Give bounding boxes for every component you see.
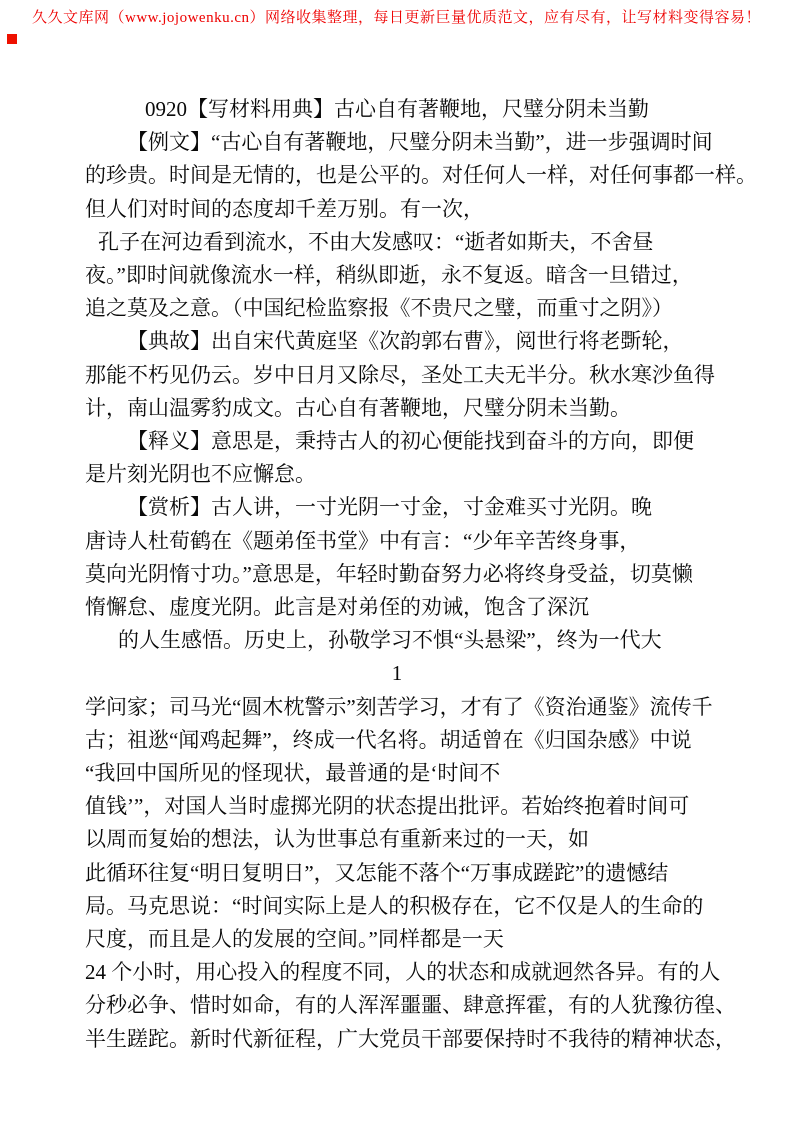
- text-line: 分秒必争、惜时如命，有的人浑浑噩噩、肆意挥霍，有的人犹豫彷徨、: [85, 989, 709, 1022]
- text-line: 尺度，而且是人的发展的空间。”同样都是一天: [85, 923, 709, 956]
- red-marker: [7, 34, 17, 44]
- text-line: 的人生感悟。历史上，孙敬学习不惧“头悬梁”，终为一代大: [85, 624, 709, 657]
- text-line: 以周而复始的想法，认为世事总有重新来过的一天，如: [85, 823, 709, 856]
- text-line: 但人们对时间的态度却千差万别。有一次，: [85, 193, 709, 226]
- text-line: 24 个小时，用心投入的程度不同，人的状态和成就迥然各异。有的人: [85, 956, 709, 989]
- document-page: 0920【写材料用典】古心自有著鞭地，尺璧分阴未当勤 【例文】“古心自有著鞭地，…: [85, 93, 709, 1056]
- site-watermark-banner: 久久文库网（www.jojowenku.cn）网络收集整理，每日更新巨量优质范文…: [0, 6, 793, 27]
- text-line: 惰懈怠、虚度光阴。此言是对弟侄的劝诫，饱含了深沉: [85, 591, 709, 624]
- text-line: 【释义】意思是，秉持古人的初心便能找到奋斗的方向，即便: [85, 425, 709, 458]
- text-line: 孔子在河边看到流水，不由大发感叹：“逝者如斯夫，不舍昼: [85, 226, 709, 259]
- document-title: 0920【写材料用典】古心自有著鞭地，尺璧分阴未当勤: [85, 93, 709, 126]
- text-line: 夜。”即时间就像流水一样，稍纵即逝，永不复返。暗含一旦错过，: [85, 259, 709, 292]
- text-line: 半生蹉跎。新时代新征程，广大党员干部要保持时不我待的精神状态，: [85, 1023, 709, 1056]
- text-line: 唐诗人杜荀鹤在《题弟侄书堂》中有言：“少年辛苦终身事，: [85, 525, 709, 558]
- text-line: 古；祖逖“闻鸡起舞”，终成一代名将。胡适曾在《归国杂感》中说: [85, 724, 709, 757]
- text-line: 此循环往复“明日复明日”，又怎能不落个“万事成蹉跎”的遗憾结: [85, 857, 709, 890]
- text-line: 【典故】出自宋代黄庭坚《次韵郭右曹》，阅世行将老斲轮，: [85, 325, 709, 358]
- text-line: 【例文】“古心自有著鞭地，尺璧分阴未当勤”，进一步强调时间: [85, 126, 709, 159]
- text-line: 追之莫及之意。（中国纪检监察报《不贵尺之璧，而重寸之阴》）: [85, 292, 709, 325]
- text-line: 计，南山温雾豹成文。古心自有著鞭地，尺璧分阴未当勤。: [85, 392, 709, 425]
- text-line: 学问家；司马光“圆木枕警示”刻苦学习，才有了《资治通鉴》流传千: [85, 691, 709, 724]
- text-line: 【赏析】古人讲，一寸光阴一寸金，寸金难买寸光阴。晚: [85, 491, 709, 524]
- text-line: 那能不朽见仍云。岁中日月又除尽，圣处工夫无半分。秋水寒沙鱼得: [85, 359, 709, 392]
- text-line: 局。马克思说：“时间实际上是人的积极存在，它不仅是人的生命的: [85, 890, 709, 923]
- text-line: 的珍贵。时间是无情的，也是公平的。对任何人一样，对任何事都一样。: [85, 159, 709, 192]
- text-line: 值钱’”，对国人当时虚掷光阴的状态提出批评。若始终抱着时间可: [85, 790, 709, 823]
- document-body: 【例文】“古心自有著鞭地，尺璧分阴未当勤”，进一步强调时间的珍贵。时间是无情的，…: [85, 126, 709, 1056]
- text-line: “我回中国所见的怪现状，最普通的是‘时间不: [85, 757, 709, 790]
- page-number: 1: [85, 657, 709, 690]
- text-line: 是片刻光阴也不应懈怠。: [85, 458, 709, 491]
- text-line: 莫向光阴惰寸功。”意思是，年轻时勤奋努力必将终身受益，切莫懒: [85, 558, 709, 591]
